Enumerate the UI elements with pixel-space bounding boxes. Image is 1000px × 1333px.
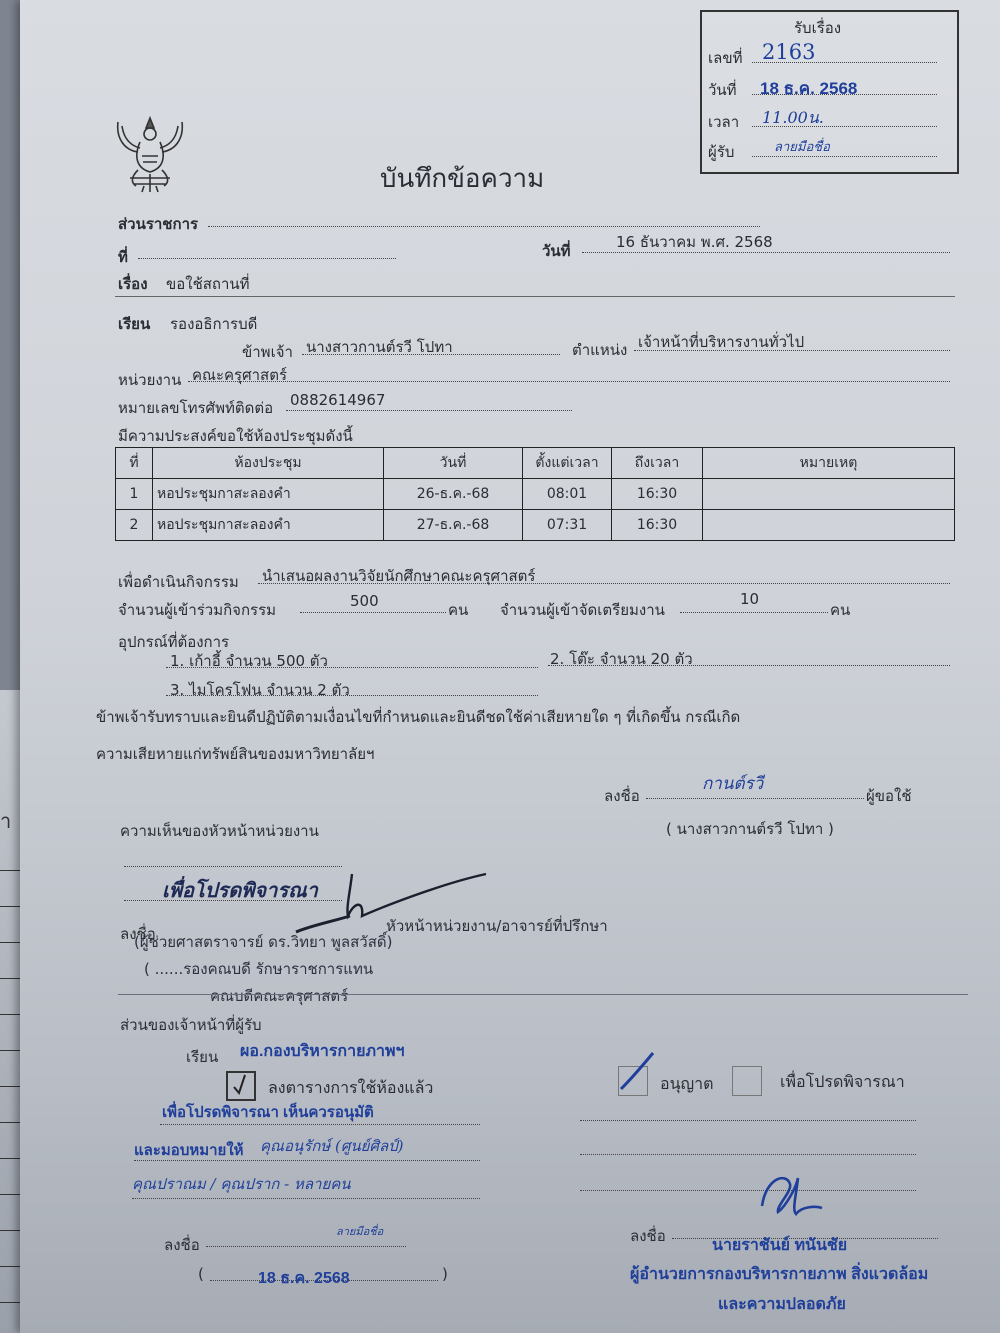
- agreement-line-1: ข้าพเจ้ารับทราบและยินดีปฏิบัติตามเงื่อนไ…: [96, 705, 740, 729]
- participants-label: จำนวนผู้เข้าร่วมกิจกรรม: [118, 598, 276, 622]
- receipt-receiver-signature: ลายมือชื่อ: [774, 136, 830, 157]
- officer-note-line-2-hand: คุณอนุรักษ์ (ศูนย์ศิลป์): [260, 1134, 404, 1158]
- consider-checkbox[interactable]: [732, 1066, 762, 1096]
- staff-label: จำนวนผู้เข้าจัดเตรียมงาน: [500, 598, 665, 622]
- approve-label: อนุญาต: [660, 1072, 714, 1097]
- unit-field: [188, 381, 950, 382]
- officer-to-label: เรียน: [186, 1045, 218, 1069]
- ref-label: ที่: [118, 245, 128, 269]
- head-stamp-line-2: ( ......รองคณบดี รักษาราชการแทน: [144, 957, 373, 981]
- receipt-time-value: 11.00น.: [762, 106, 824, 131]
- phone-field: [286, 410, 572, 411]
- head-opinion-label: ความเห็นของหัวหน้าหน่วยงาน: [120, 819, 319, 843]
- requester-signature: กานต์รวี: [702, 770, 763, 797]
- page-title: บันทึกข้อความ: [380, 158, 544, 199]
- col-to-time: ถึงเวลา: [612, 448, 703, 479]
- officer-date-stamp: 18 ธ.ค. 2568: [258, 1266, 350, 1291]
- approver-sign-label: ลงชื่อ: [630, 1224, 666, 1248]
- to-value: รองอธิการบดี: [170, 312, 257, 336]
- officer-note-line-2-prefix: และมอบหมายให้: [134, 1138, 244, 1162]
- position-label: ตำแหน่ง: [572, 338, 627, 362]
- equipment-item: 2. โต๊ะ จำนวน 20 ตัว: [550, 647, 693, 671]
- staff-value: 10: [740, 590, 759, 608]
- officer-note-line-3-hand: คุณปราณม / คุณปราก - หลายคน: [132, 1172, 351, 1196]
- officer-sign-field: [206, 1246, 406, 1247]
- scheduled-checkbox[interactable]: [226, 1071, 256, 1101]
- rooms-table-header: ที่ ห้องประชุม วันที่ ตั้งแต่เวลา ถึงเวล…: [116, 448, 955, 479]
- background-paper-text: า: [0, 805, 11, 837]
- cell-date: 26-ธ.ค.-68: [384, 479, 523, 510]
- cell-date: 27-ธ.ค.-68: [384, 510, 523, 541]
- cell-room: หอประชุมกาสะลองคำ: [153, 510, 384, 541]
- section-divider: [118, 994, 968, 995]
- receipt-time-label: เวลา: [708, 110, 739, 134]
- check-icon: [615, 1051, 655, 1097]
- receipt-number-value: 2163: [762, 40, 815, 64]
- cell-from-time: 07:31: [523, 510, 612, 541]
- rooms-table: ที่ ห้องประชุม วันที่ ตั้งแต่เวลา ถึงเวล…: [115, 447, 955, 541]
- approver-signature-icon: [756, 1170, 826, 1220]
- cell-remark: [703, 479, 955, 510]
- cell-remark: [703, 510, 955, 541]
- staff-unit: คน: [830, 598, 850, 622]
- check-icon: [228, 1073, 254, 1099]
- officer-section-label: ส่วนของเจ้าหน้าที่ผู้รับ: [120, 1013, 262, 1037]
- participants-value: 500: [350, 592, 379, 610]
- unit-label: หน่วยงาน: [118, 368, 181, 392]
- approver-name: นายราชันย์ ทนันชัย: [712, 1233, 847, 1258]
- agency-field: [208, 226, 760, 227]
- receipt-title: รับเรื่อง: [794, 16, 841, 40]
- officer-note-line-1: เพื่อโปรดพิจารณา เห็นควรอนุมัติ: [162, 1100, 374, 1124]
- scheduled-label: ลงตารางการใช้ห้องแล้ว: [268, 1076, 433, 1101]
- date-label: วันที่: [542, 239, 571, 263]
- participants-unit: คน: [448, 598, 468, 622]
- subject-value: ขอใช้สถานที่: [166, 272, 250, 296]
- date-value: 16 ธันวาคม พ.ศ. 2568: [616, 230, 773, 254]
- name-label: ข้าพเจ้า: [242, 340, 293, 364]
- garuda-emblem-icon: [110, 112, 190, 194]
- officer-to-value: ผอ.กองบริหารกายภาพฯ: [240, 1039, 405, 1064]
- phone-label: หมายเลขโทรศัพท์ติดต่อ: [118, 396, 273, 420]
- table-row: 1 หอประชุมกาสะลองคำ 26-ธ.ค.-68 08:01 16:…: [116, 479, 955, 510]
- equipment-item: 3. ไมโครโฟน จำนวน 2 ตัว: [170, 678, 350, 702]
- agency-label: ส่วนราชการ: [118, 212, 198, 236]
- requester-sign-field: [646, 798, 864, 799]
- requester-role: ผู้ขอใช้: [866, 784, 912, 808]
- col-no: ที่: [116, 448, 153, 479]
- approve-checkbox[interactable]: [618, 1066, 648, 1096]
- receipt-date-label: วันที่: [708, 78, 737, 102]
- receipt-receiver-label: ผู้รับ: [708, 140, 734, 164]
- officer-sign-label: ลงชื่อ: [164, 1233, 200, 1257]
- receipt-number-label: เลขที่: [708, 46, 742, 70]
- requester-sign-label: ลงชื่อ: [604, 784, 640, 808]
- agreement-line-2: ความเสียหายแก่ทรัพย์สินของมหาวิทยาลัยฯ: [96, 742, 374, 766]
- col-room: ห้องประชุม: [153, 448, 384, 479]
- staff-field: [680, 612, 828, 613]
- cell-no: 1: [116, 479, 153, 510]
- col-remark: หมายเหตุ: [703, 448, 955, 479]
- col-from-time: ตั้งแต่เวลา: [523, 448, 612, 479]
- receipt-stamp-box: รับเรื่อง เลขที่ 2163 วันที่ 18 ธ.ค. 256…: [700, 10, 959, 174]
- equipment-item: 1. เก้าอี้ จำนวน 500 ตัว: [170, 649, 328, 673]
- activity-label: เพื่อดำเนินกิจกรรม: [118, 570, 239, 594]
- col-date: วันที่: [384, 448, 523, 479]
- unit-value: คณะครุศาสตร์: [192, 363, 287, 387]
- cell-to-time: 16:30: [612, 479, 703, 510]
- activity-value: นำเสนอผลงานวิจัยนักศึกษาคณะครุศาสตร์: [262, 564, 535, 588]
- table-row: 2 หอประชุมกาสะลองคำ 27-ธ.ค.-68 07:31 16:…: [116, 510, 955, 541]
- consider-label: เพื่อโปรดพิจารณา: [780, 1070, 905, 1095]
- head-stamp-line-3: คณบดีคณะครุศาสตร์: [210, 984, 348, 1008]
- approver-title-line-2: และความปลอดภัย: [718, 1292, 846, 1317]
- ref-field: [138, 258, 396, 259]
- requester-name: ( นางสาวกานต์รวี โปทา ): [666, 817, 834, 841]
- memo-document: รับเรื่อง เลขที่ 2163 วันที่ 18 ธ.ค. 256…: [20, 0, 1000, 1333]
- header-divider: [115, 296, 955, 297]
- approver-title-line-1: ผู้อำนวยการกองบริหารกายภาพ สิ่งแวดล้อม: [630, 1262, 928, 1287]
- cell-to-time: 16:30: [612, 510, 703, 541]
- phone-value: 0882614967: [290, 391, 385, 409]
- participants-field: [300, 612, 446, 613]
- position-value: เจ้าหน้าที่บริหารงานทั่วไป: [638, 330, 804, 354]
- cell-no: 2: [116, 510, 153, 541]
- head-role: หัวหน้าหน่วยงาน/อาจารย์ที่ปรึกษา: [386, 914, 608, 938]
- subject-label: เรื่อง: [118, 272, 148, 296]
- to-label: เรียน: [118, 312, 150, 336]
- purpose-intro: มีความประสงค์ขอใช้ห้องประชุมดังนี้: [118, 424, 353, 448]
- head-stamp-name: (ผู้ช่วยศาสตราจารย์ ดร.วิทยา พูลสวัสดิ์): [134, 930, 392, 954]
- cell-from-time: 08:01: [523, 479, 612, 510]
- name-value: นางสาวกานต์รวี โปทา: [306, 335, 453, 359]
- officer-signature: ลายมือชื่อ: [336, 1222, 383, 1240]
- receipt-date-value: 18 ธ.ค. 2568: [760, 75, 857, 102]
- cell-room: หอประชุมกาสะลองคำ: [153, 479, 384, 510]
